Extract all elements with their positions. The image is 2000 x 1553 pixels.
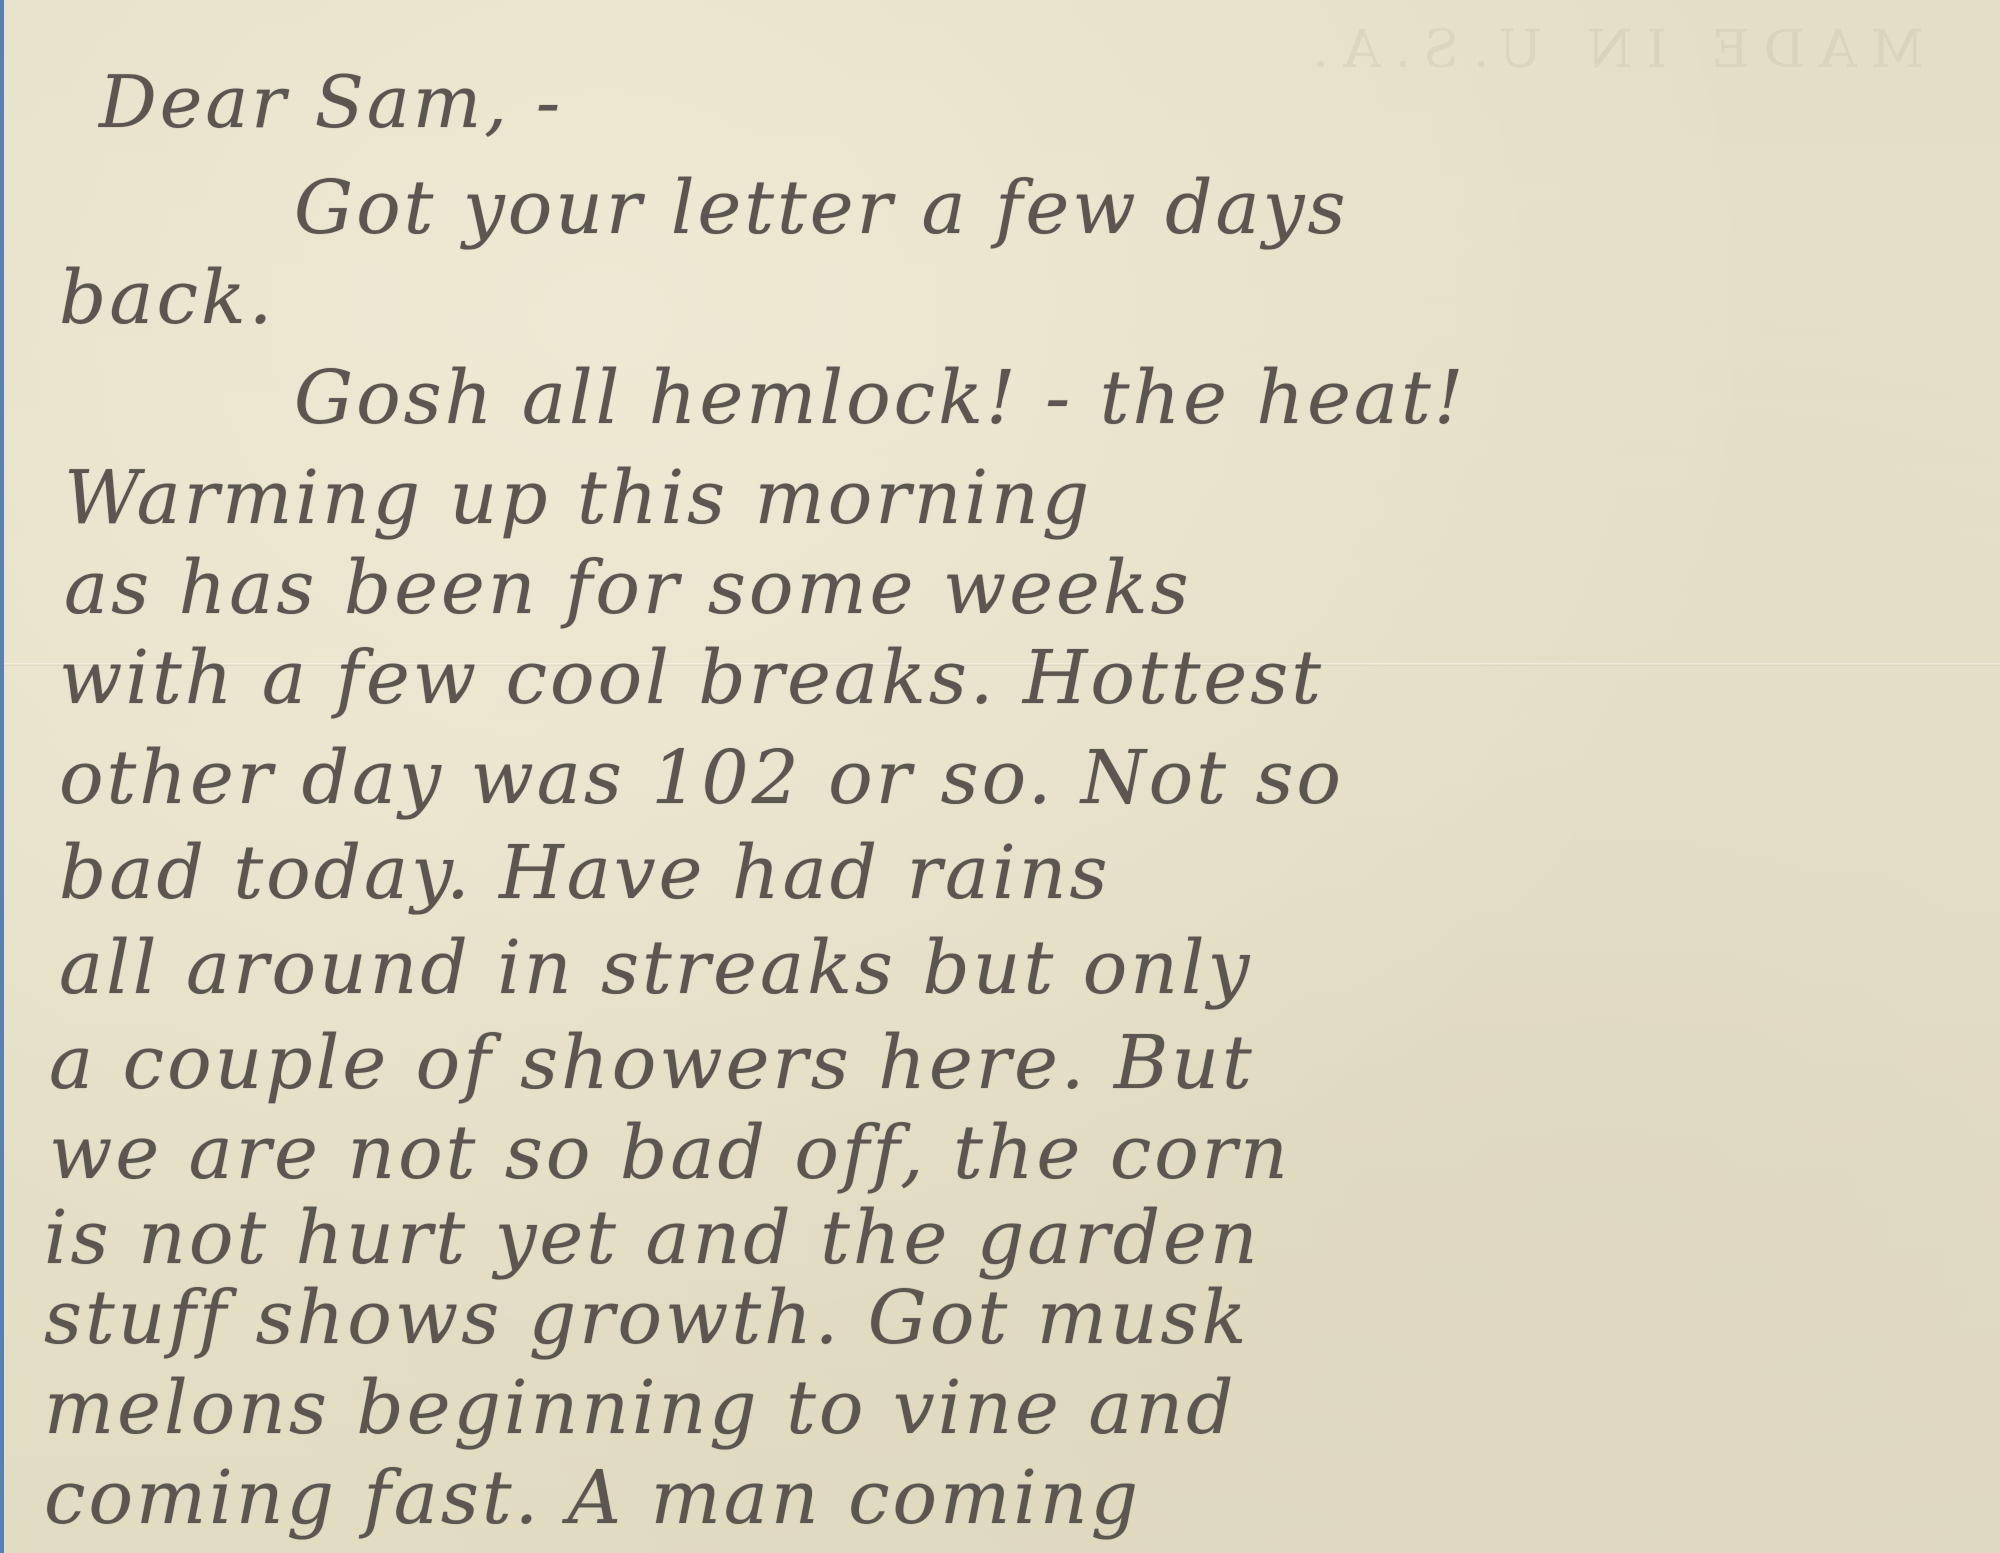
- letter-page: MADE IN U.S.A. Dear Sam, - Got your lett…: [4, 0, 2000, 1553]
- letter-line: all around in streaks but only: [59, 925, 1252, 1011]
- letter-line: Gosh all hemlock! - the heat!: [294, 355, 1466, 441]
- letter-line: we are not so bad off, the corn: [49, 1110, 1291, 1196]
- letter-line: as has been for some weeks: [64, 545, 1192, 631]
- letter-line: other day was 102 or so. Not so: [59, 735, 1344, 821]
- letter-line: melons beginning to vine and: [44, 1365, 1236, 1451]
- letter-line: coming fast. A man coming: [44, 1455, 1141, 1541]
- letter-line: Warming up this morning: [64, 455, 1092, 541]
- letter-line: is not hurt yet and the garden: [44, 1195, 1261, 1281]
- letter-line: stuff shows growth. Got musk: [44, 1275, 1249, 1361]
- letter-body: Dear Sam, - Got your letter a few days b…: [4, 0, 2000, 1553]
- salutation: Dear Sam, -: [99, 60, 563, 144]
- letter-line: with a few cool breaks. Hottest: [59, 635, 1324, 721]
- letter-line: Got your letter a few days: [294, 165, 1348, 251]
- letter-line: a couple of showers here. But: [49, 1020, 1255, 1106]
- letter-line: back.: [59, 255, 275, 341]
- letter-line: bad today. Have had rains: [59, 830, 1110, 916]
